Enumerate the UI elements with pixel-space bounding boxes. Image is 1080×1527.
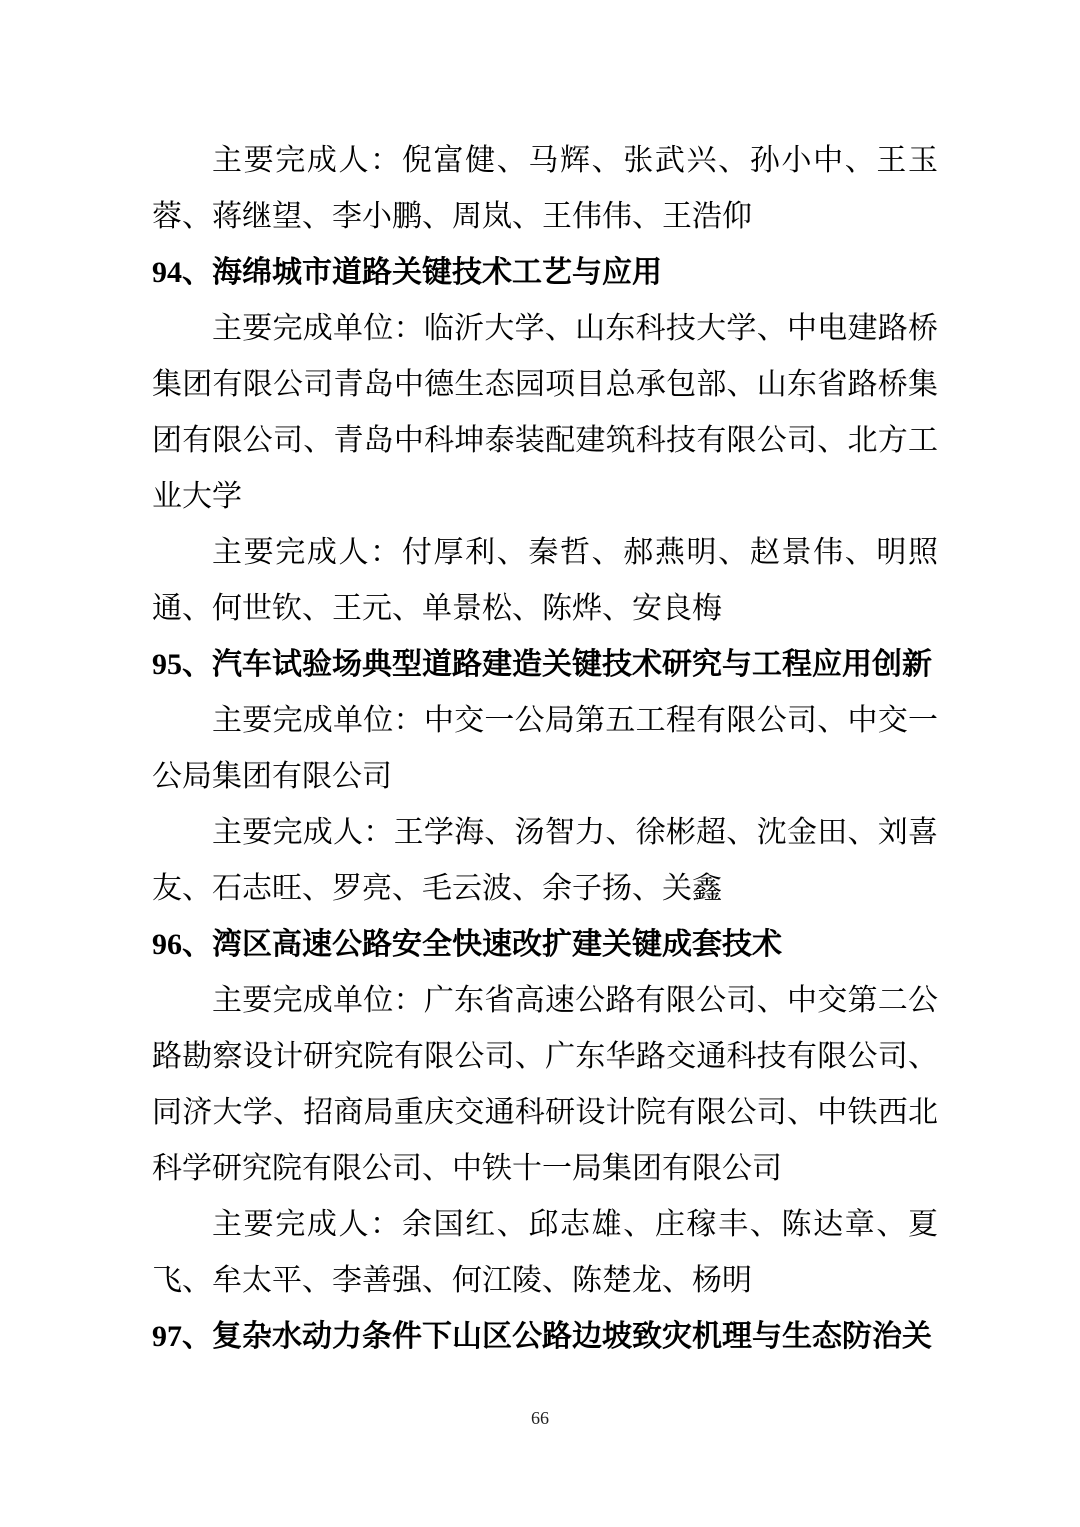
completers-paragraph-95: 主要完成人：王学海、汤智力、徐彬超、沈金田、刘喜友、石志旺、罗亮、毛云波、余子扬…	[152, 805, 938, 917]
document-body: 主要完成人：倪富健、马辉、张武兴、孙小中、王玉蓉、蒋继望、李小鹏、周岚、王伟伟、…	[152, 133, 938, 1365]
units-paragraph-96: 主要完成单位：广东省高速公路有限公司、中交第二公路勘察设计研究院有限公司、广东华…	[152, 973, 938, 1197]
units-paragraph-94: 主要完成单位：临沂大学、山东科技大学、中电建路桥集团有限公司青岛中德生态园项目总…	[152, 301, 938, 525]
units-paragraph-95: 主要完成单位：中交一公局第五工程有限公司、中交一公局集团有限公司	[152, 693, 938, 805]
document-page: 主要完成人：倪富健、马辉、张武兴、孙小中、王玉蓉、蒋继望、李小鹏、周岚、王伟伟、…	[0, 0, 1080, 1527]
project-heading-94: 94、海绵城市道路关键技术工艺与应用	[152, 245, 938, 301]
project-heading-95: 95、汽车试验场典型道路建造关键技术研究与工程应用创新	[152, 637, 938, 693]
completers-paragraph-93: 主要完成人：倪富健、马辉、张武兴、孙小中、王玉蓉、蒋继望、李小鹏、周岚、王伟伟、…	[152, 133, 938, 245]
completers-paragraph-94: 主要完成人：付厚利、秦哲、郝燕明、赵景伟、明照通、何世钦、王元、单景松、陈烨、安…	[152, 525, 938, 637]
page-number: 66	[0, 1406, 1080, 1430]
project-heading-97: 97、复杂水动力条件下山区公路边坡致灾机理与生态防治关	[152, 1309, 938, 1365]
completers-paragraph-96: 主要完成人：余国红、邱志雄、庄稼丰、陈达章、夏飞、牟太平、李善强、何江陵、陈楚龙…	[152, 1197, 938, 1309]
project-heading-96: 96、湾区高速公路安全快速改扩建关键成套技术	[152, 917, 938, 973]
